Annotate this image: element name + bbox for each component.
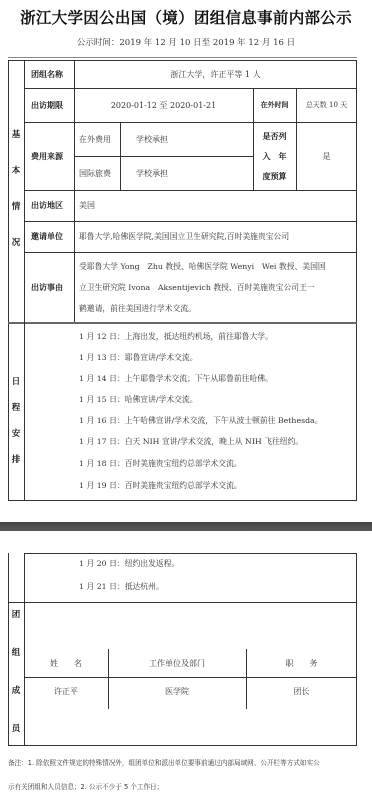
schedule-continued-table bbox=[24, 553, 357, 746]
budget-label: 是否列 入 年 度预算 bbox=[253, 127, 296, 187]
page-break bbox=[0, 522, 372, 531]
schedule-item: 1 月 18 日：百时美施贵宝纽约总部学术交流。 bbox=[79, 458, 242, 469]
schedule-item: 1 月 14 日：上午耶鲁学术交流；下午从耶鲁前往哈佛。 bbox=[79, 373, 273, 384]
title-divider bbox=[8, 57, 357, 58]
schedule-item: 1 月 12 日：上海出发，抵达纽约机场，前往耶鲁大学。 bbox=[79, 331, 273, 342]
section-label-schedule: 日 程 安 排 bbox=[8, 375, 24, 465]
schedule-item: 1 月 21 日：抵达杭州。 bbox=[79, 581, 164, 592]
row-divider bbox=[24, 190, 357, 191]
note-line-2: 示有关团组和人员信息；2. 公示不少于 5 个工作日； bbox=[8, 781, 163, 791]
schedule-item: 1 月 13 日：耶鲁宣讲/学术交流。 bbox=[79, 352, 198, 363]
intl-travel-label: 国际旅费 bbox=[79, 156, 111, 190]
purpose-value: 受耶鲁大学 Yong Zhu 教授、哈佛医学院 Wenyi Wei 教授、美国国… bbox=[79, 256, 354, 319]
schedule-table bbox=[8, 322, 357, 501]
section-label-members: 团 组 成 员 bbox=[8, 608, 24, 734]
schedule-item: 1 月 20 日：纽约出发返程。 bbox=[79, 558, 179, 569]
schedule-item: 1 月 15 日：哈佛宣讲/学术交流。 bbox=[79, 394, 198, 405]
section-column-line bbox=[24, 60, 25, 501]
section-divider bbox=[8, 602, 357, 603]
row-divider bbox=[24, 677, 357, 678]
member-name: 许正平 bbox=[24, 680, 108, 702]
column-header-unit: 工作单位及部门 bbox=[108, 651, 246, 675]
time-abroad-label: 在外时间 bbox=[253, 88, 296, 122]
purpose-label: 出访事由 bbox=[31, 252, 63, 322]
schedule-item: 1 月 19 日：百时美施贵宝纽约总部学术交流。 bbox=[79, 480, 242, 491]
funding-label: 费用来源 bbox=[31, 122, 63, 190]
group-name-label: 团组名称 bbox=[31, 60, 63, 88]
overseas-expense-value: 学校承担 bbox=[136, 122, 168, 156]
budget-value: 是 bbox=[296, 122, 357, 190]
page-title: 浙江大学因公出国（境）团组信息事前内部公示 bbox=[0, 6, 372, 28]
column-header-name: 姓 名 bbox=[24, 651, 108, 675]
inviting-org-value: 耶鲁大学,哈佛医学院,美国国立卫生研究院,百时美施贵宝公司 bbox=[79, 221, 289, 252]
row-divider bbox=[24, 252, 357, 253]
group-name-value: 浙江大学，许正平等 1 人 bbox=[74, 60, 357, 88]
time-abroad-value: 总天数 10 天 bbox=[296, 88, 357, 122]
schedule-item: 1 月 17 日：白天 NIH 宣讲/学术交流，晚上从 NIH 飞往纽约。 bbox=[79, 436, 303, 447]
region-value: 美国 bbox=[79, 190, 95, 221]
section-divider bbox=[8, 322, 357, 324]
visit-period-label: 出访期限 bbox=[31, 88, 63, 122]
publicity-period: 公示时间：2019 年 12 月 10 日至 2019 年 12 月 16 日 bbox=[0, 36, 372, 48]
overseas-expense-label: 在外费用 bbox=[79, 122, 111, 156]
visit-period-value: 2020-01-12 至 2020-01-21 bbox=[74, 88, 253, 122]
intl-travel-value: 学校承担 bbox=[136, 156, 168, 190]
column-header-position: 职 务 bbox=[246, 651, 357, 675]
inviting-org-label: 邀请单位 bbox=[31, 221, 63, 252]
member-position: 团长 bbox=[246, 680, 357, 702]
member-unit: 医学院 bbox=[108, 680, 246, 702]
section-label-basic-info: 基 本 情 况 bbox=[8, 128, 24, 248]
note-line-1: 备注：1. 除依照文件规定的特殊情况外，组团单位和派出单位要事前通过内部局域网、… bbox=[8, 757, 320, 767]
schedule-item: 1 月 16 日：上午哈佛宣讲/学术交流，下午从波士顿前往 Bethesda。 bbox=[79, 415, 323, 426]
region-label: 出访地区 bbox=[31, 190, 63, 221]
table-bottom-border bbox=[8, 745, 357, 746]
